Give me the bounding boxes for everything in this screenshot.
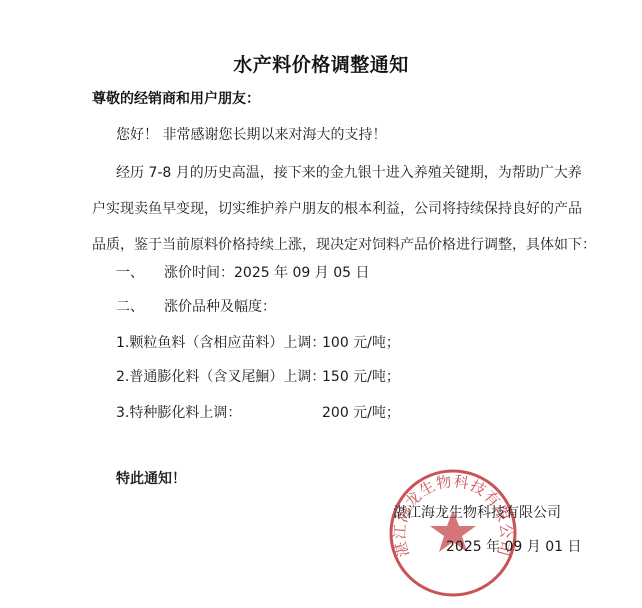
item-2-text: 涨价品种及幅度： [164,296,276,316]
document-title: 水产料价格调整通知 [0,50,642,77]
signature-date: 2025 年 09 月 01 日 [446,536,582,556]
paragraph-line-1: 经历 7-8 月的历史高温，接下来的金九银十进入养殖关键期，为帮助广大养 [116,162,582,182]
item-1-number: 一、 [116,262,144,282]
price-adjustment-3-label: 3.特种膨化料上调： [116,402,241,422]
greeting-line: 您好！ 非常感谢您长期以来对海大的支持！ [116,124,386,144]
signature-company: 湛江海龙生物科技有限公司 [393,502,561,522]
paragraph-line-3: 品质，鉴于当前原料价格持续上涨，现决定对饲料产品价格进行调整，具体如下： [92,234,596,254]
price-adjustment-1-label: 1.颗粒鱼料（含相应苗料）上调： [116,332,325,352]
price-adjustment-1-value: 100 元/吨； [322,332,400,352]
company-seal-icon: 湛江海龙生物科技有限公司 [388,468,518,598]
price-adjustment-2-value: 150 元/吨； [322,366,400,386]
item-1-text: 涨价时间：2025 年 09 月 05 日 [164,262,370,282]
paragraph-line-2: 户实现卖鱼早变现，切实维护养户朋友的根本利益，公司将持续保持良好的产品 [92,198,582,218]
price-adjustment-3-value: 200 元/吨； [322,402,400,422]
item-2-number: 二、 [116,296,144,316]
price-adjustment-2-label: 2.普通膨化料（含叉尾鮰）上调： [116,366,325,386]
salutation: 尊敬的经销商和用户朋友： [92,88,260,108]
closing-line: 特此通知！ [116,468,186,488]
notice-page: 水产料价格调整通知 尊敬的经销商和用户朋友： 您好！ 非常感谢您长期以来对海大的… [0,0,642,608]
